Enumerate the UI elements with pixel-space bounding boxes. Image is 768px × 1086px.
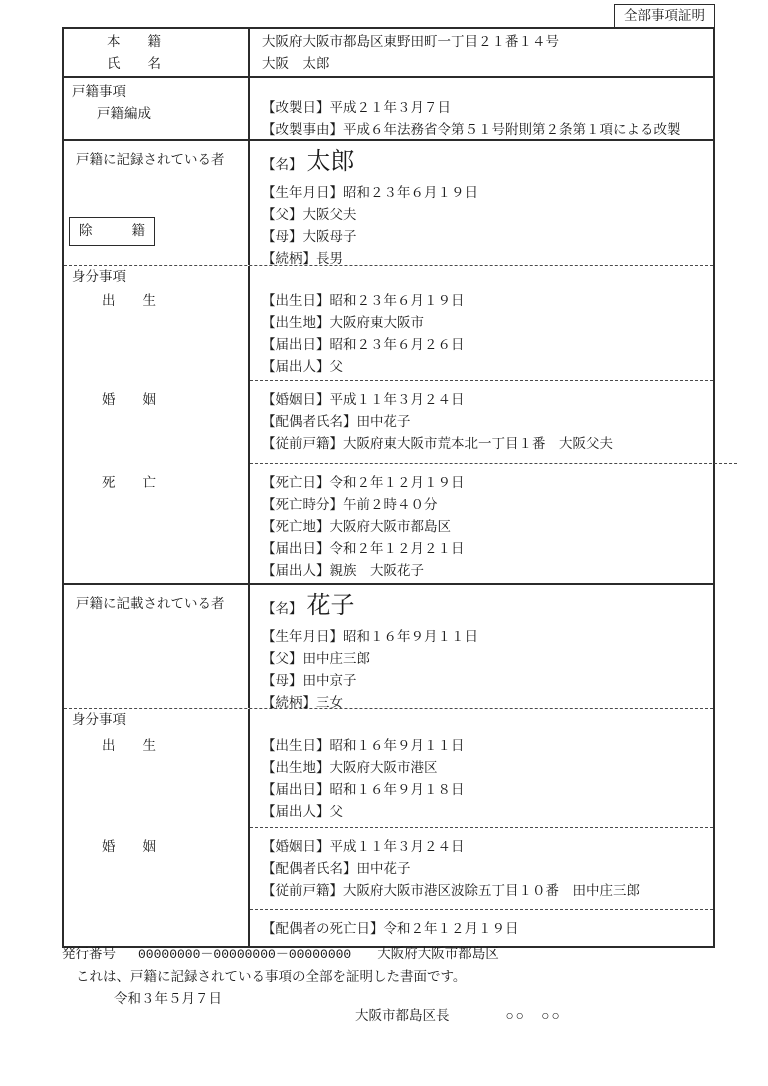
- person1-status-header-row: 身分事項: [64, 266, 713, 288]
- issuer-name-placeholder: ○○ ○○: [506, 1008, 562, 1023]
- event-line: 【死亡時分】午前２時４０分: [250, 494, 713, 516]
- person1-birthdate-line: 【生年月日】昭和２３年６月１９日: [250, 182, 713, 204]
- family-name-value: 大阪 太郎: [250, 53, 713, 75]
- person2-name-line: 【名】花子: [250, 589, 713, 626]
- issue-number-label: 発行番号: [62, 946, 116, 961]
- koseki-jiko-label-column: 戸籍事項 戸籍編成: [64, 78, 250, 139]
- person2-marriage-event-label: 婚 姻: [64, 836, 248, 858]
- person2-birth-event-label: 出 生: [64, 735, 248, 757]
- person2-name-bracket: 【名】: [262, 601, 303, 616]
- event-line: 【届出人】父: [250, 356, 713, 378]
- event-line: 【届出日】令和２年１２月２１日: [250, 538, 713, 560]
- event-divider-dashed: [250, 380, 713, 381]
- honseki-label: 本 籍: [64, 31, 248, 53]
- person1-status-section: 身分事項 出 生 【出生日】昭和２３年６月１９日 【出生地】大阪府東大阪市 【届…: [64, 265, 713, 583]
- person1-name: 太郎: [303, 149, 355, 175]
- person2-birthdate-line: 【生年月日】昭和１６年９月１１日: [250, 626, 713, 648]
- event-line: 【届出人】父: [250, 801, 713, 823]
- issue-number-value: 00000000－00000000－00000000: [138, 947, 351, 962]
- issue-office: 大阪府大阪市都島区: [377, 946, 499, 961]
- joseki-stamp-right-char: 籍: [132, 220, 146, 242]
- event-line: 【届出日】昭和２３年６月２６日: [250, 334, 713, 356]
- person1-mother-line: 【母】大阪母子: [250, 226, 713, 248]
- person1-death-event-label: 死 亡: [64, 472, 248, 494]
- person1-birth-event-row: 出 生 【出生日】昭和２３年６月１９日 【出生地】大阪府東大阪市 【届出日】昭和…: [64, 288, 713, 380]
- event-line: 【死亡地】大阪府大阪市都島区: [250, 516, 713, 538]
- person2-section: 戸籍に記載されている者 【名】花子 【生年月日】昭和１６年９月１１日 【父】田中…: [64, 583, 713, 708]
- issuer-line: 大阪市都島区長○○ ○○: [355, 1006, 562, 1026]
- certification-statement: これは、戸籍に記録されている事項の全部を証明した書面です。: [76, 967, 466, 987]
- event-line: 【出生地】大阪府東大阪市: [250, 312, 713, 334]
- person2-value-column: 【名】花子 【生年月日】昭和１６年９月１１日 【父】田中庄三郎 【母】田中京子 …: [250, 585, 713, 708]
- koseki-jiko-section: 戸籍事項 戸籍編成 【改製日】平成２１年３月７日 【改製事由】平成６年法務省令第…: [64, 76, 713, 139]
- person2-birth-event-row: 出 生 【出生日】昭和１６年９月１１日 【出生地】大阪府大阪市港区 【届出日】昭…: [64, 731, 713, 827]
- event-divider-dashed: [250, 827, 713, 828]
- event-line: 【従前戸籍】大阪府大阪市港区波除五丁目１０番 田中庄三郎: [250, 880, 713, 902]
- koseki-jiko-value-column: 【改製日】平成２１年３月７日 【改製事由】平成６年法務省令第５１号附則第２条第１…: [250, 78, 713, 139]
- person1-value-column: 【名】太郎 【生年月日】昭和２３年６月１９日 【父】大阪父夫 【母】大阪母子 【…: [250, 141, 713, 265]
- person2-spouse-death-row: 【配偶者の死亡日】令和２年１２月１９日: [64, 909, 713, 946]
- person1-status-label-column: 身分事項: [64, 266, 250, 288]
- honseki-value: 大阪府大阪市都島区東野田町一丁目２１番１４号: [250, 31, 713, 53]
- event-line: 【従前戸籍】大阪府東大阪市荒本北一丁目１番 大阪父夫: [250, 433, 713, 455]
- person1-marriage-event-row: 婚 姻 【婚姻日】平成１１年３月２４日 【配偶者氏名】田中花子 【従前戸籍】大阪…: [64, 380, 713, 463]
- event-line: 【婚姻日】平成１１年３月２４日: [250, 836, 713, 858]
- event-line: 【出生地】大阪府大阪市港区: [250, 757, 713, 779]
- event-line: 【配偶者氏名】田中花子: [250, 858, 713, 880]
- person2-father-line: 【父】田中庄三郎: [250, 648, 713, 670]
- issue-date: 令和３年５月７日: [114, 989, 222, 1009]
- koseki-hensei-label: 戸籍編成: [64, 103, 248, 125]
- event-divider-dashed: [250, 909, 713, 910]
- honseki-value-column: 大阪府大阪市都島区東野田町一丁目２１番１４号 大阪 太郎: [250, 29, 713, 76]
- person1-label-column: 戸籍に記録されている者 除 籍: [64, 141, 250, 265]
- event-line: 【婚姻日】平成１１年３月２４日: [250, 389, 713, 411]
- person1-marriage-event-label: 婚 姻: [64, 389, 248, 411]
- certificate-type-label: 全部事項証明: [624, 8, 705, 23]
- event-line: 【届出日】昭和１６年９月１８日: [250, 779, 713, 801]
- issue-number-line: 発行番号00000000－00000000－00000000大阪府大阪市都島区: [62, 944, 499, 965]
- event-line: 【死亡日】令和２年１２月１９日: [250, 472, 713, 494]
- koseki-jiko-section-label: 戸籍事項: [64, 81, 248, 103]
- event-line: 【届出人】親族 大阪花子: [250, 560, 713, 582]
- kaisei-reason-line: 【改製事由】平成６年法務省令第５１号附則第２条第１項による改製: [250, 119, 713, 141]
- person1-name-bracket: 【名】: [262, 157, 303, 172]
- issuer-title: 大阪市都島区長: [355, 1008, 450, 1023]
- honseki-section: 本 籍 氏 名 大阪府大阪市都島区東野田町一丁目２１番１４号 大阪 太郎: [64, 29, 713, 76]
- person2-section-label: 戸籍に記載されている者: [64, 593, 248, 615]
- joseki-stamp-left-char: 除: [79, 220, 93, 242]
- person1-section: 戸籍に記録されている者 除 籍 【名】太郎 【生年月日】昭和２３年６月１９日 【…: [64, 139, 713, 265]
- koseki-certificate-page: 全部事項証明 本 籍 氏 名 大阪府大阪市都島区東野田町一丁目２１番１４号 大阪…: [0, 0, 768, 1086]
- event-divider-dashed-overhang: [250, 463, 737, 464]
- person2-mother-line: 【母】田中京子: [250, 670, 713, 692]
- event-line: 【出生日】昭和２３年６月１９日: [250, 290, 713, 312]
- person2-status-section: 身分事項 出 生 【出生日】昭和１６年９月１１日 【出生地】大阪府大阪市港区 【…: [64, 708, 713, 946]
- person1-father-line: 【父】大阪父夫: [250, 204, 713, 226]
- event-line: 【出生日】昭和１６年９月１１日: [250, 735, 713, 757]
- kaisei-date-line: 【改製日】平成２１年３月７日: [250, 97, 713, 119]
- person2-marriage-event-row: 婚 姻 【婚姻日】平成１１年３月２４日 【配偶者氏名】田中花子 【従前戸籍】大阪…: [64, 827, 713, 909]
- koseki-table: 本 籍 氏 名 大阪府大阪市都島区東野田町一丁目２１番１４号 大阪 太郎 戸籍事…: [62, 27, 715, 948]
- joseki-removed-stamp: 除 籍: [69, 217, 155, 246]
- person1-status-section-label: 身分事項: [64, 266, 248, 288]
- person1-section-label: 戸籍に記録されている者: [64, 149, 248, 171]
- person1-death-event-row: 死 亡 【死亡日】令和２年１２月１９日 【死亡時分】午前２時４０分 【死亡地】大…: [64, 463, 713, 583]
- person1-name-line: 【名】太郎: [250, 145, 713, 182]
- person2-label-column: 戸籍に記載されている者: [64, 585, 250, 708]
- person2-name: 花子: [303, 593, 355, 619]
- event-line: 【配偶者の死亡日】令和２年１２月１９日: [250, 918, 713, 940]
- person1-birth-event-label: 出 生: [64, 290, 248, 312]
- person2-status-header-row: 身分事項: [64, 709, 713, 731]
- honseki-label-column: 本 籍 氏 名: [64, 29, 250, 76]
- name-label: 氏 名: [64, 53, 248, 75]
- person2-status-section-label: 身分事項: [64, 709, 248, 731]
- event-line: 【配偶者氏名】田中花子: [250, 411, 713, 433]
- certificate-type-box: 全部事項証明: [614, 4, 715, 28]
